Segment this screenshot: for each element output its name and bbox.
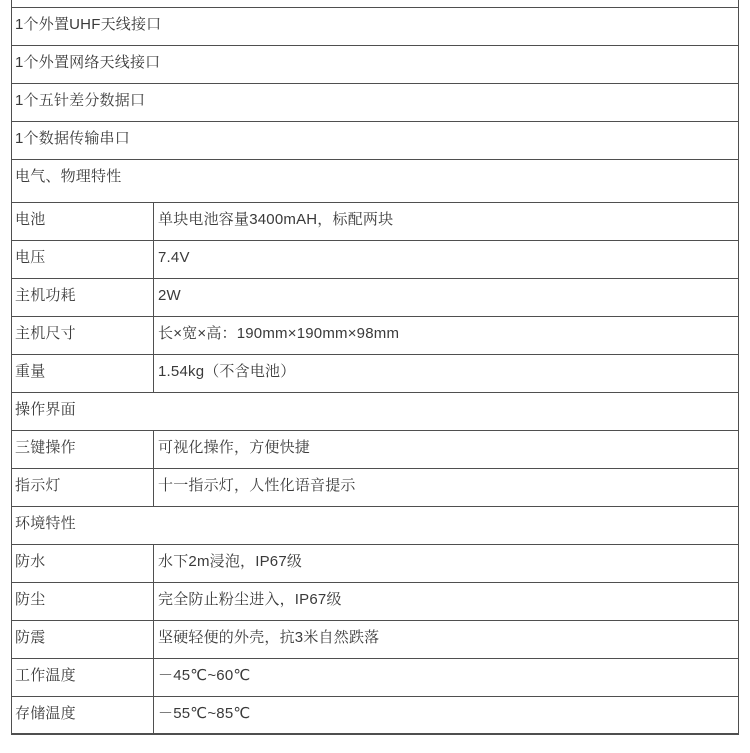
- row-value: 可视化操作，方便快捷: [154, 431, 738, 468]
- row-value: 水下2m浸泡，IP67级: [154, 545, 738, 582]
- row-text: 1个数据传输串口: [12, 122, 738, 159]
- section-header-operation-interface: 操作界面: [12, 393, 738, 431]
- table-row-indicator-lights: 指示灯 十一指示灯，人性化语音提示: [12, 469, 738, 507]
- table-row-power-consumption: 主机功耗 2W: [12, 279, 738, 317]
- table-row-dustproof: 防尘 完全防止粉尘进入，IP67级: [12, 583, 738, 621]
- row-label: 工作温度: [12, 659, 154, 696]
- row-value: 坚硬轻便的外壳，抗3米自然跌落: [154, 621, 738, 658]
- section-header-text: 操作界面: [12, 393, 738, 430]
- table-top-partial-row: [12, 0, 738, 8]
- row-label: 指示灯: [12, 469, 154, 506]
- row-label: 防震: [12, 621, 154, 658]
- table-row-three-key-operation: 三键操作 可视化操作，方便快捷: [12, 431, 738, 469]
- table-row-uhf-antenna-port: 1个外置UHF天线接口: [12, 8, 738, 46]
- table-row-operating-temperature: 工作温度 －45℃~60℃: [12, 659, 738, 697]
- row-label: 三键操作: [12, 431, 154, 468]
- table-row-serial-port: 1个数据传输串口: [12, 122, 738, 160]
- spec-table: 1个外置UHF天线接口 1个外置网络天线接口 1个五针差分数据口 1个数据传输串…: [11, 0, 739, 735]
- row-label: 存储温度: [12, 697, 154, 733]
- row-text: 1个外置网络天线接口: [12, 46, 738, 83]
- table-row-weight: 重量 1.54kg（不含电池）: [12, 355, 738, 393]
- row-value: 7.4V: [154, 241, 738, 278]
- section-header-environmental: 环境特性: [12, 507, 738, 545]
- row-label: 主机功耗: [12, 279, 154, 316]
- row-label: 电池: [12, 203, 154, 240]
- section-header-text: 电气、物理特性: [12, 160, 738, 202]
- table-row-voltage: 电压 7.4V: [12, 241, 738, 279]
- row-label: 重量: [12, 355, 154, 392]
- table-row-differential-data-port: 1个五针差分数据口: [12, 84, 738, 122]
- row-label: 防尘: [12, 583, 154, 620]
- row-value: 十一指示灯，人性化语音提示: [154, 469, 738, 506]
- table-row-waterproof: 防水 水下2m浸泡，IP67级: [12, 545, 738, 583]
- table-row-storage-temperature: 存储温度 －55℃~85℃: [12, 697, 738, 735]
- row-text: 1个五针差分数据口: [12, 84, 738, 121]
- row-value: 单块电池容量3400mAH，标配两块: [154, 203, 738, 240]
- row-value: 完全防止粉尘进入，IP67级: [154, 583, 738, 620]
- table-row-network-antenna-port: 1个外置网络天线接口: [12, 46, 738, 84]
- table-row-battery: 电池 单块电池容量3400mAH，标配两块: [12, 203, 738, 241]
- row-label: 防水: [12, 545, 154, 582]
- table-row-shockproof: 防震 坚硬轻便的外壳，抗3米自然跌落: [12, 621, 738, 659]
- row-label: 电压: [12, 241, 154, 278]
- row-value: －55℃~85℃: [154, 697, 738, 733]
- row-value: －45℃~60℃: [154, 659, 738, 696]
- section-header-text: 环境特性: [12, 507, 738, 544]
- section-header-electrical-physical: 电气、物理特性: [12, 160, 738, 203]
- row-label: 主机尺寸: [12, 317, 154, 354]
- row-value: 长×宽×高：190mm×190mm×98mm: [154, 317, 738, 354]
- table-row-dimensions: 主机尺寸 长×宽×高：190mm×190mm×98mm: [12, 317, 738, 355]
- row-value: 2W: [154, 279, 738, 316]
- row-text: 1个外置UHF天线接口: [12, 8, 738, 45]
- row-value: 1.54kg（不含电池）: [154, 355, 738, 392]
